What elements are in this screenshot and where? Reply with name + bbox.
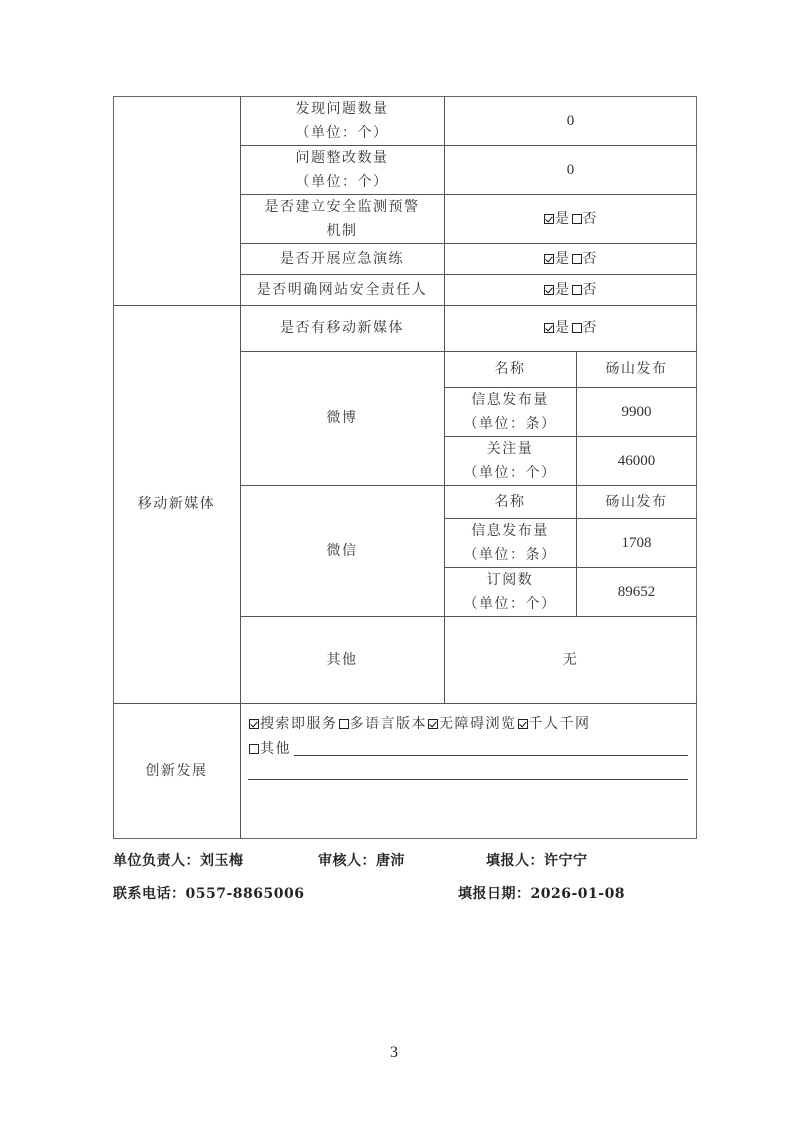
weixin-subscribers-label: 订阅数 （单位：个） <box>444 567 576 616</box>
weibo-title: 微博 <box>240 351 444 485</box>
checkbox-empty-icon[interactable] <box>572 254 582 264</box>
option-label: 多语言版本 <box>350 712 428 736</box>
checkbox-checked-icon[interactable] <box>544 323 554 333</box>
phone-label: 联系电话： <box>113 886 186 902</box>
checkbox-checked-icon[interactable] <box>544 214 554 224</box>
unit-line: （单位：个） <box>296 121 389 145</box>
yes-label: 是 <box>555 247 571 271</box>
label-line: 信息发布量 <box>471 388 549 412</box>
option-label: 搜索即服务 <box>260 712 338 736</box>
checkbox-empty-icon[interactable] <box>339 719 349 729</box>
checkbox-empty-icon[interactable] <box>249 744 259 754</box>
date-label: 填报日期： <box>458 886 531 902</box>
weixin-posts-label: 信息发布量 （单位：条） <box>444 518 576 567</box>
weixin-name-label: 名称 <box>444 485 576 518</box>
checkbox-checked-icon[interactable] <box>518 719 528 729</box>
innovation-options-line-1: 搜索即服务多语言版本无障碍浏览千人千网 <box>248 712 690 737</box>
checkbox-empty-icon[interactable] <box>572 214 582 224</box>
fixed-issues-value: 0 <box>444 145 697 194</box>
weixin-title: 微信 <box>240 485 444 616</box>
reviewer-label: 审核人： <box>318 853 376 869</box>
label-line: 问题整改数量 <box>296 146 389 170</box>
filler-label: 填报人： <box>486 853 544 869</box>
filler: 填报人：许宁宁 <box>486 850 588 870</box>
emergency-drill-choice: 是 否 <box>444 243 697 274</box>
other-media-label: 其他 <box>240 616 444 703</box>
no-label: 否 <box>583 278 599 302</box>
weixin-posts-value: 1708 <box>576 518 697 567</box>
label-line: 是否建立安全监测预警 <box>265 195 420 219</box>
checkbox-checked-icon[interactable] <box>544 285 554 295</box>
unit-line: （单位：个） <box>464 461 557 485</box>
option-label: 千人千网 <box>529 712 591 736</box>
no-label: 否 <box>583 316 599 340</box>
found-issues-value: 0 <box>444 96 697 145</box>
unit-head-label: 单位负责人： <box>113 853 200 869</box>
unit-line: （单位：个） <box>464 592 557 616</box>
checkbox-checked-icon[interactable] <box>544 254 554 264</box>
security-officer-choice: 是 否 <box>444 274 697 305</box>
reviewer: 审核人：唐沛 <box>318 850 405 870</box>
option-other[interactable]: 其他 <box>248 737 291 761</box>
date-value: 2026-01-08 <box>531 886 626 902</box>
reviewer-value: 唐沛 <box>376 853 405 869</box>
innovation-options-line-2: 其他 <box>248 737 690 762</box>
phone-value: 0557-8865006 <box>186 886 305 902</box>
label-line: 订阅数 <box>487 568 534 592</box>
option-label: 无障碍浏览 <box>439 712 517 736</box>
weibo-posts-value: 9900 <box>576 387 697 436</box>
no-label: 否 <box>583 207 599 231</box>
checkbox-empty-icon[interactable] <box>572 285 582 295</box>
innovation-section-title: 创新发展 <box>113 703 240 839</box>
option-multilingual[interactable]: 多语言版本 <box>338 712 428 736</box>
other-media-value: 无 <box>444 616 697 703</box>
option-personalized[interactable]: 千人千网 <box>517 712 591 736</box>
checkbox-checked-icon[interactable] <box>428 719 438 729</box>
label-line: 发现问题数量 <box>296 97 389 121</box>
yes-label: 是 <box>555 278 571 302</box>
unit-head-value: 刘玉梅 <box>200 853 244 869</box>
emergency-drill-label: 是否开展应急演练 <box>240 243 444 274</box>
unit-line: （单位：条） <box>464 412 557 436</box>
form-page: 发现问题数量 （单位：个） 0 问题整改数量 （单位：个） 0 是否建立安全监测… <box>0 0 794 1122</box>
page-number: 3 <box>390 1044 398 1062</box>
security-officer-label: 是否明确网站安全责任人 <box>240 274 444 305</box>
unit-line: （单位：个） <box>296 170 389 194</box>
no-label: 否 <box>583 247 599 271</box>
checkbox-empty-icon[interactable] <box>572 323 582 333</box>
mobile-media-section-title: 移动新媒体 <box>113 305 240 703</box>
monitoring-mechanism-label: 是否建立安全监测预警 机制 <box>240 194 444 243</box>
other-input-underline-2[interactable] <box>248 779 688 780</box>
label-line: 关注量 <box>487 437 534 461</box>
weibo-followers-label: 关注量 （单位：个） <box>444 436 576 485</box>
checkbox-checked-icon[interactable] <box>249 719 259 729</box>
yes-label: 是 <box>555 316 571 340</box>
monitoring-mechanism-choice: 是 否 <box>444 194 697 243</box>
label-line: 信息发布量 <box>471 519 549 543</box>
found-issues-label: 发现问题数量 （单位：个） <box>240 96 444 145</box>
contact-phone: 联系电话：0557-8865006 <box>113 883 304 903</box>
option-search-service[interactable]: 搜索即服务 <box>248 712 338 736</box>
unit-line: （单位：条） <box>464 543 557 567</box>
weibo-posts-label: 信息发布量 （单位：条） <box>444 387 576 436</box>
fixed-issues-label: 问题整改数量 （单位：个） <box>240 145 444 194</box>
weixin-name-value: 砀山发布 <box>576 485 697 518</box>
weibo-followers-value: 46000 <box>576 436 697 485</box>
unit-head: 单位负责人：刘玉梅 <box>113 850 244 870</box>
other-input-underline[interactable] <box>294 755 688 756</box>
label-line-2: 机制 <box>327 219 358 243</box>
weibo-name-value: 砀山发布 <box>576 351 697 387</box>
has-mobile-media-label: 是否有移动新媒体 <box>240 305 444 351</box>
option-label: 其他 <box>260 737 291 761</box>
filler-value: 许宁宁 <box>544 853 588 869</box>
has-mobile-media-choice: 是 否 <box>444 305 697 351</box>
weixin-subscribers-value: 89652 <box>576 567 697 616</box>
weibo-name-label: 名称 <box>444 351 576 387</box>
yes-label: 是 <box>555 207 571 231</box>
fill-date: 填报日期：2026-01-08 <box>458 883 625 903</box>
option-accessibility[interactable]: 无障碍浏览 <box>427 712 517 736</box>
